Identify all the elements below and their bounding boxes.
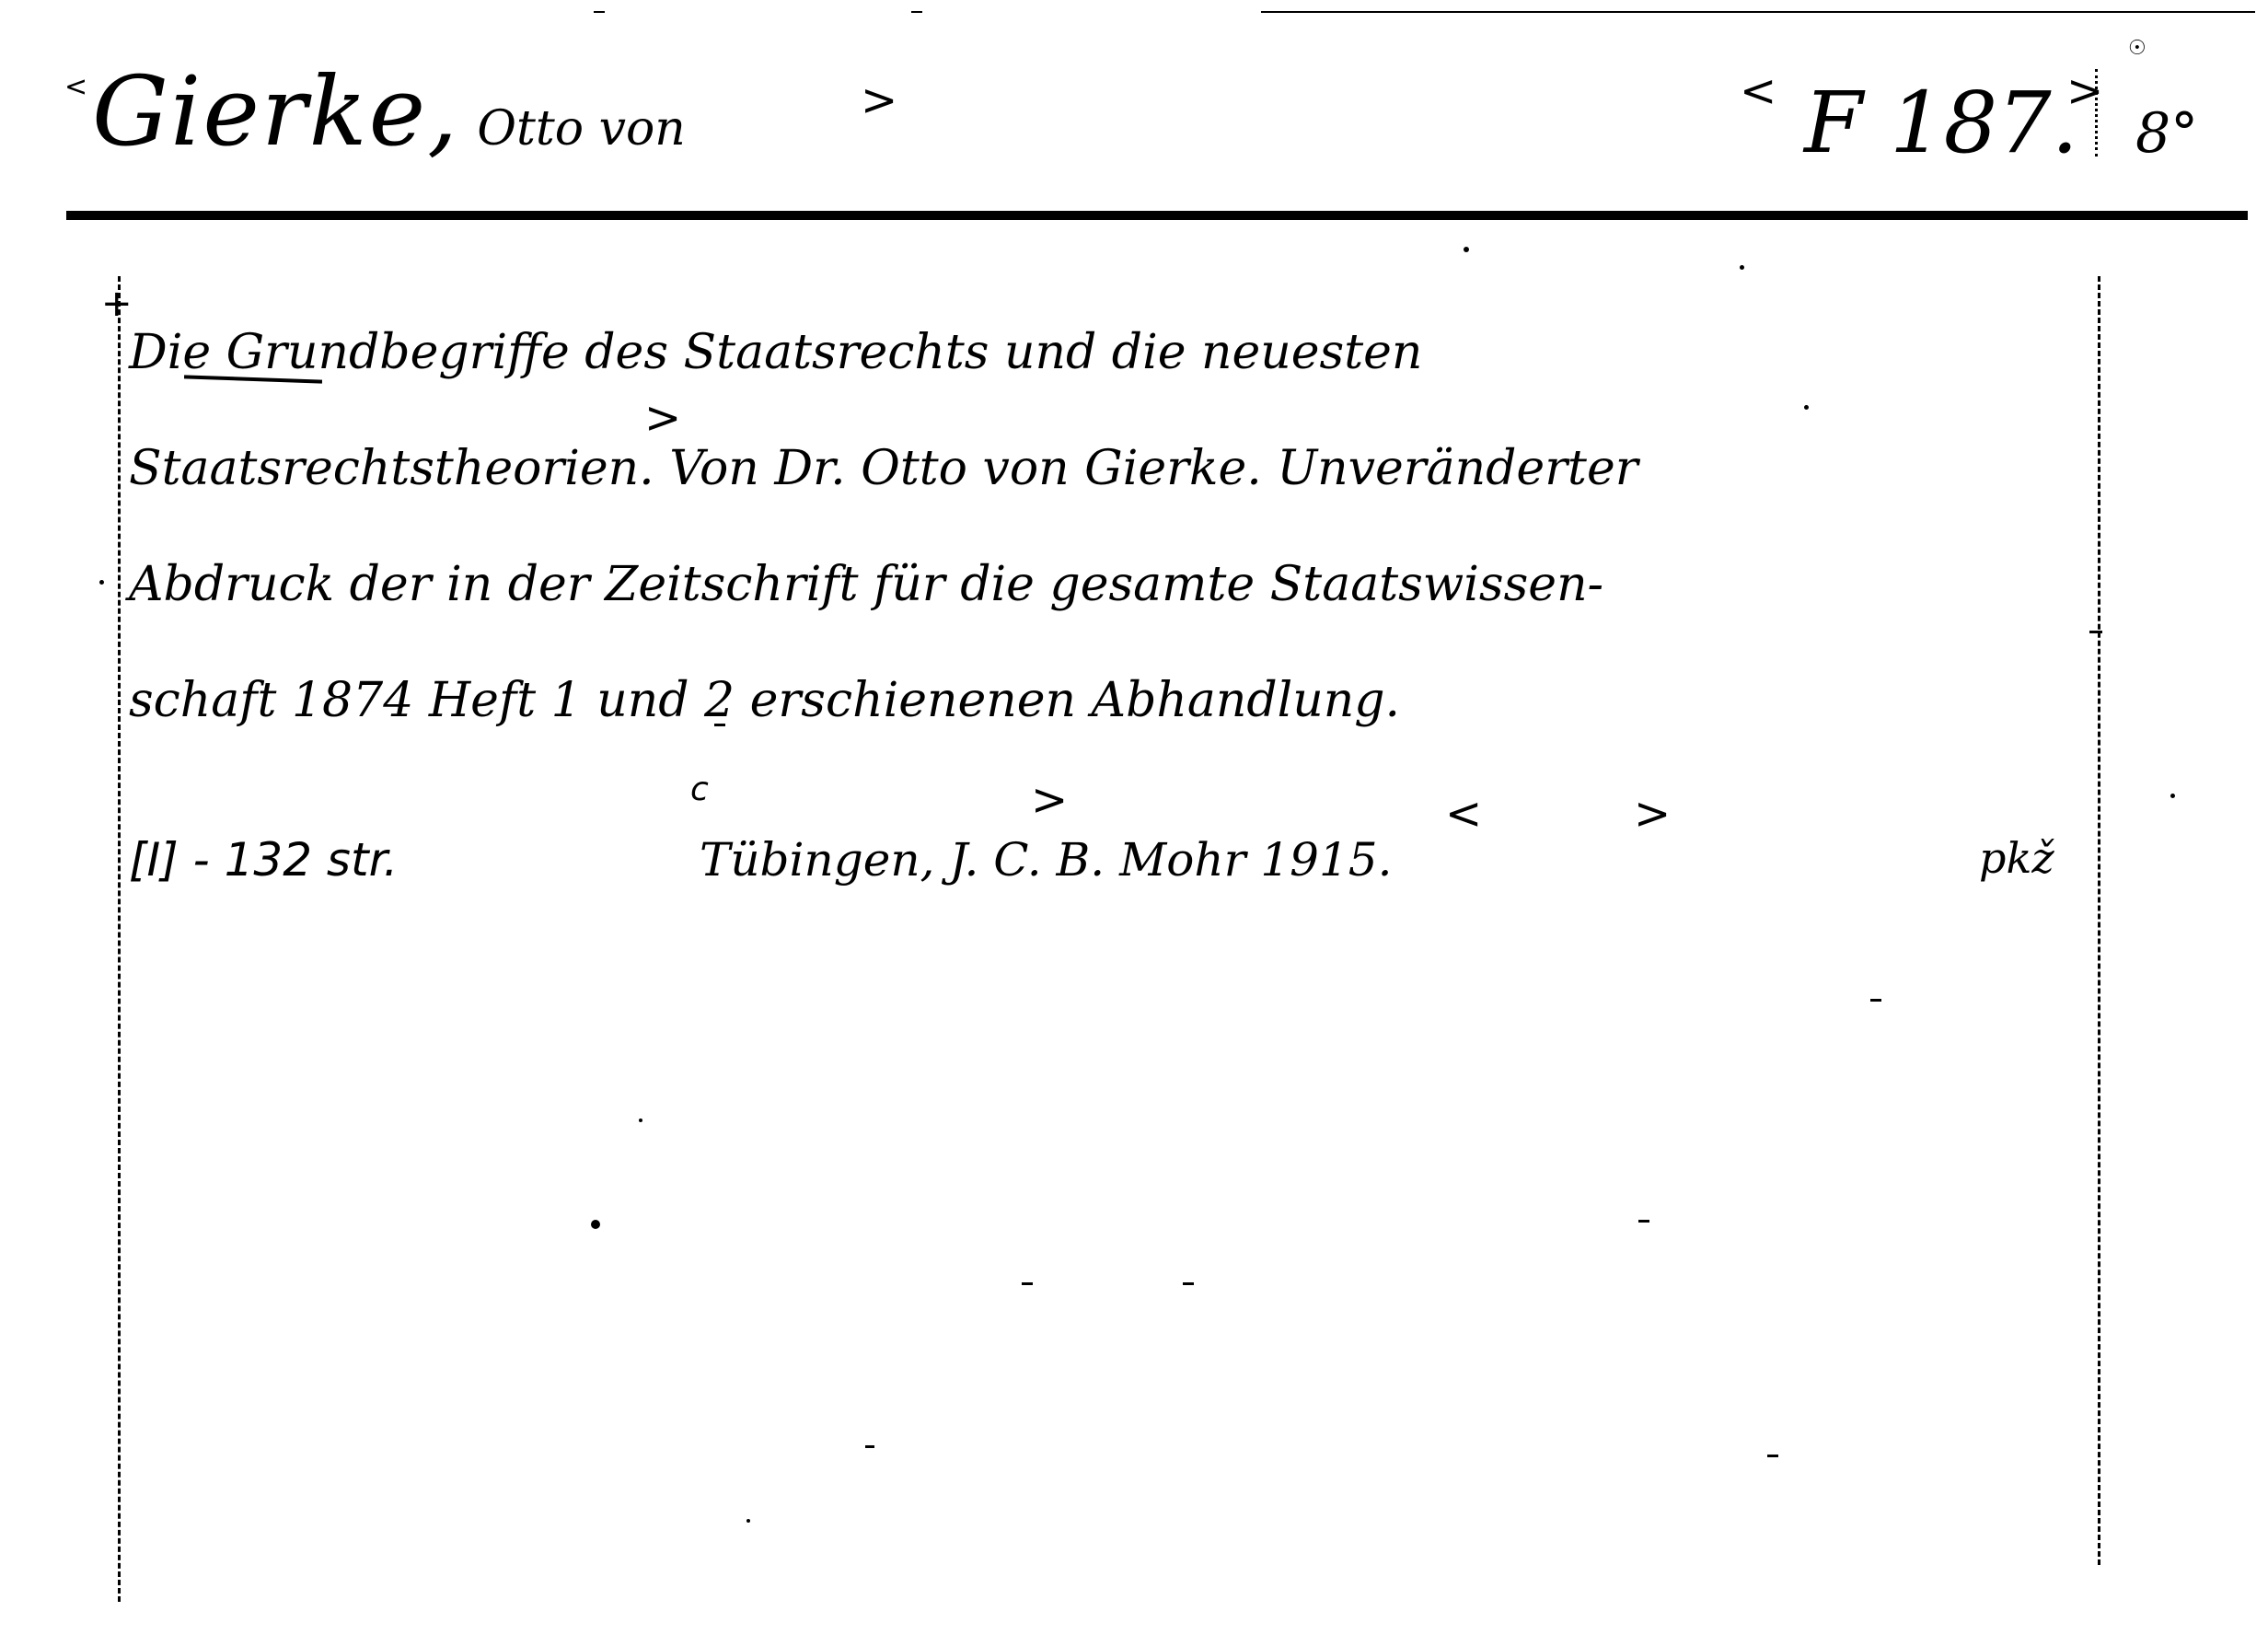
scan-dash [1022,1282,1033,1285]
scan-dash [2089,631,2102,633]
body-line-1: Die Grundbegriffe des Staatsrechts und d… [129,295,2108,411]
scan-mark [594,11,605,13]
callnumber-open-mark: < [1740,69,1776,113]
scan-dash [1870,999,1881,1002]
scan-speck [1804,405,1809,410]
collation: [I] - 132 str. [129,833,398,887]
card-top-edge [1261,11,2255,13]
scan-speck [639,1119,642,1122]
author-heading: Gierke, Otto von [92,55,686,168]
heading-rule [66,211,2248,220]
publisher-open-mark: < [1445,792,1482,836]
callnumber-close-mark: > [2066,69,2103,113]
format-note-mark: ☉ [2128,37,2146,60]
body-start-mark: + [101,285,133,322]
scan-speck [99,580,104,585]
callnumber-divider [2095,69,2098,156]
scan-dash [714,724,725,726]
heading-open-mark: < [64,74,87,101]
scan-dash [865,1445,874,1448]
heading-close-mark: > [861,78,897,122]
imprint-close-mark: > [1031,778,1068,822]
scan-speck [746,1519,750,1523]
scan-dash [1638,1220,1649,1223]
body-line-4: schaft 1874 Heft 1 und 2 erschienenen Ab… [129,643,2108,759]
left-margin-line [118,276,121,1602]
scan-speck [1464,247,1469,252]
book-format: 8° [2135,101,2198,166]
scan-mark [911,11,922,13]
body-line-3: Abdruck der in der Zeitschrift für die g… [129,527,2108,643]
author-forenames: Otto von [477,101,685,156]
catalog-card: < Gierke, Otto von > < F 187. > ☉ 8° + >… [0,0,2268,1646]
author-surname: Gierke, [92,55,459,168]
scan-speck [591,1220,600,1229]
scan-dash [1767,1455,1778,1457]
body-line-2: Staatsrechtstheorien. Von Dr. Otto von G… [129,411,2108,527]
bibliographic-description: Die Grundbegriffe des Staatsrechts und d… [129,295,2108,759]
scan-speck [2170,794,2175,798]
imprint-open-mark: c [690,773,709,806]
imprint: Tübingen, J. C. B. Mohr 1915. [700,833,1393,887]
call-number: F 187. [1804,74,2078,172]
cataloger-initials: pkž [1979,833,2054,883]
scan-speck [1740,265,1744,270]
scan-dash [1183,1282,1194,1285]
publisher-close-mark: > [1634,792,1671,836]
